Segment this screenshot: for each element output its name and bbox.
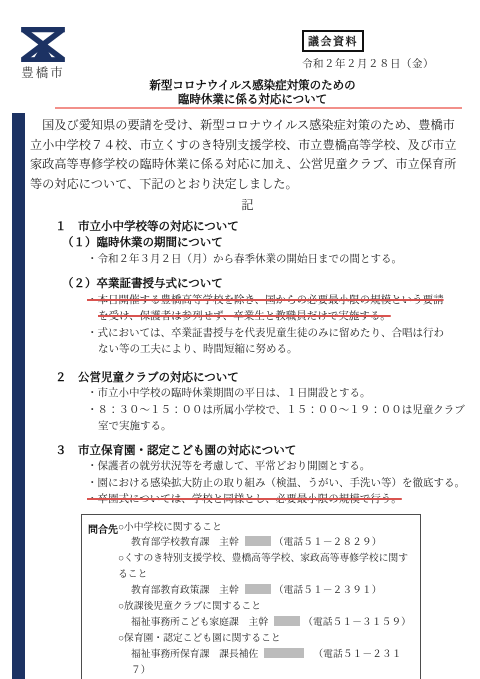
title-underline <box>55 107 462 109</box>
redacted-name-box <box>245 584 271 594</box>
toyohashi-emblem-icon <box>21 27 65 62</box>
city-name: 豊橋市 <box>14 63 72 81</box>
section-heading: ２ 公営児童クラブの対応について <box>30 370 465 387</box>
ki-marker: 記 <box>30 196 465 216</box>
title-line-2: 臨時休業に係る対応について <box>30 94 475 108</box>
document-page: 豊橋市 議会資料 令和２年２月２８日（金） 新型コロナウイルス感染症対策のための… <box>0 0 480 679</box>
document-meta: 議会資料 令和２年２月２８日（金） <box>302 30 434 71</box>
contact-detail: 教育部教育政策課 主幹（電話５１－２３９１） <box>118 583 412 599</box>
subsection-heading: （２）卒業証書授与式について <box>30 276 465 293</box>
document-body: 国及び愛知県の要請を受け、新型コロナウイルス感染症対策のため、豊橋市 立小中学校… <box>30 116 465 679</box>
contact-phone: （電話５１－２３９１） <box>274 585 382 596</box>
contact-phone: （電話５１－３１５９） <box>303 617 411 628</box>
bullet-item: ・式においては、卒業証書授与を代表児童生徒のみに留めたり、合唱は行わ ない等の工… <box>30 326 465 359</box>
contact-topic: ○くすのき特別支援学校、豊橋高等学校、家政高等専修学校に関すること <box>118 551 412 583</box>
subsection-heading: （１）臨時休業の期間について <box>30 235 465 252</box>
page-title: 新型コロナウイルス感染症対策のための 臨時休業に係る対応について <box>30 80 475 107</box>
contact-topic: ○保育園・認定こども園に関すること <box>118 631 412 647</box>
contact-label: 問合先 <box>88 521 118 536</box>
document-date: 令和２年２月２８日（金） <box>302 56 434 71</box>
council-material-label: 議会資料 <box>302 30 364 52</box>
contact-topic: ○小中学校に関すること <box>118 520 412 536</box>
city-logo: 豊橋市 <box>14 27 72 81</box>
intro-paragraph: 国及び愛知県の要請を受け、新型コロナウイルス感染症対策のため、豊橋市 立小中学校… <box>30 116 465 194</box>
bullet-item: ・市立小中学校の臨時休業期間の平日は、１日開設とする。 <box>30 386 465 403</box>
contact-detail: 福祉事務所保育課 課長補佐（電話５１－２３１７） <box>118 647 412 679</box>
redacted-name-box <box>274 616 300 626</box>
redacted-name-box <box>245 536 271 546</box>
bullet-item: ・８：３０～１５：００は所属小学校で、１５：００～１９：００は児童クラブ 室で実… <box>30 403 465 436</box>
section-childrens-clubs: ２ 公営児童クラブの対応について ・市立小中学校の臨時休業期間の平日は、１日開設… <box>30 370 465 436</box>
contact-topic: ○放課後児童クラブに関すること <box>118 599 412 615</box>
contact-box: 問合先 ○小中学校に関すること 教育部学校教育課 主幹（電話５１－２８２９） ○… <box>81 514 421 679</box>
contact-phone: （電話５１－２８２９） <box>274 537 382 548</box>
redacted-name-box <box>264 648 304 658</box>
bullet-item: ・令和２年３月２日（月）から春季休業の開始日までの間とする。 <box>30 252 465 269</box>
contact-dept: 教育部学校教育課 主幹 <box>131 537 239 548</box>
section-heading: ３ 市立保育園・認定こども園の対応について <box>30 443 465 460</box>
contact-dept: 福祉事務所保育課 課長補佐 <box>131 649 258 660</box>
section-heading: １ 市立小中学校等の対応について <box>30 219 465 236</box>
contact-detail: 教育部学校教育課 主幹（電話５１－２８２９） <box>118 535 412 551</box>
section-schools: １ 市立小中学校等の対応について （１）臨時休業の期間について ・令和２年３月２… <box>30 219 465 359</box>
bullet-item: ・園における感染拡大防止の取り組み（検温、うがい、手洗い等）を徹底する。 <box>30 476 465 493</box>
contact-detail: 福祉事務所こども家庭課 主幹（電話５１－３１５９） <box>118 615 412 631</box>
contact-dept: 教育部教育政策課 主幹 <box>131 585 239 596</box>
title-line-1: 新型コロナウイルス感染症対策のための <box>30 80 475 94</box>
bullet-item: ・保護者の就労状況等を考慮して、平常どおり開園とする。 <box>30 459 465 476</box>
contact-dept: 福祉事務所こども家庭課 主幹 <box>131 617 268 628</box>
bullet-item-struck: ・本日開催する豊橋高等学校を除き、国からの必要最小限の規模という要請 を受け、保… <box>30 293 465 326</box>
bullet-item-struck: ・卒園式については、学校と同様とし、必要最小限の規模で行う。 <box>30 492 465 509</box>
left-accent-bar <box>12 113 25 679</box>
section-nurseries: ３ 市立保育園・認定こども園の対応について ・保護者の就労状況等を考慮して、平常… <box>30 443 465 509</box>
